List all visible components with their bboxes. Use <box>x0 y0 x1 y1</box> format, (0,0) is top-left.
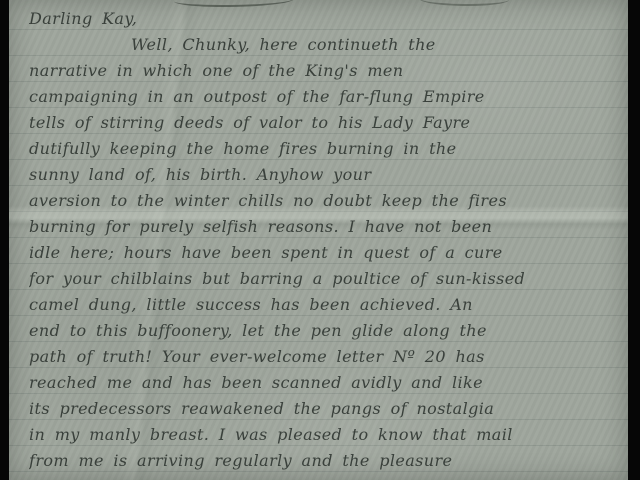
letter-line: reached me and has been scanned avidly a… <box>29 370 619 396</box>
letter-paper: Darling Kay, Well, Chunky, here continue… <box>9 0 628 480</box>
letter-line: from me is arriving regularly and the pl… <box>29 448 619 474</box>
letter-line: narrative in which one of the King's men <box>29 58 619 84</box>
photo-background: Darling Kay, Well, Chunky, here continue… <box>0 0 640 480</box>
letter-line: aversion to the winter chills no doubt k… <box>29 188 619 214</box>
letter-line: for your chilblains but barring a poulti… <box>29 266 619 292</box>
letter-line: tells of stirring deeds of valor to his … <box>29 110 619 136</box>
handwritten-text: Darling Kay, Well, Chunky, here continue… <box>29 6 619 474</box>
letter-line: sunny land of, his birth. Anyhow your <box>29 162 619 188</box>
letter-line: end to this buffoonery, let the pen glid… <box>29 318 619 344</box>
letter-line: path of truth! Your ever-welcome letter … <box>29 344 619 370</box>
letter-line: idle here; hours have been spent in ques… <box>29 240 619 266</box>
letter-line: dutifully keeping the home fires burning… <box>29 136 619 162</box>
letter-line: in my manly breast. I was pleased to kno… <box>29 422 619 448</box>
letter-line: campaigning in an outpost of the far-flu… <box>29 84 619 110</box>
letter-line: Well, Chunky, here continueth the <box>29 32 619 58</box>
letter-line: camel dung, little success has been achi… <box>29 292 619 318</box>
letter-salutation: Darling Kay, <box>29 6 619 32</box>
letter-line: burning for purely selfish reasons. I ha… <box>29 214 619 240</box>
letter-line: its predecessors reawakened the pangs of… <box>29 396 619 422</box>
